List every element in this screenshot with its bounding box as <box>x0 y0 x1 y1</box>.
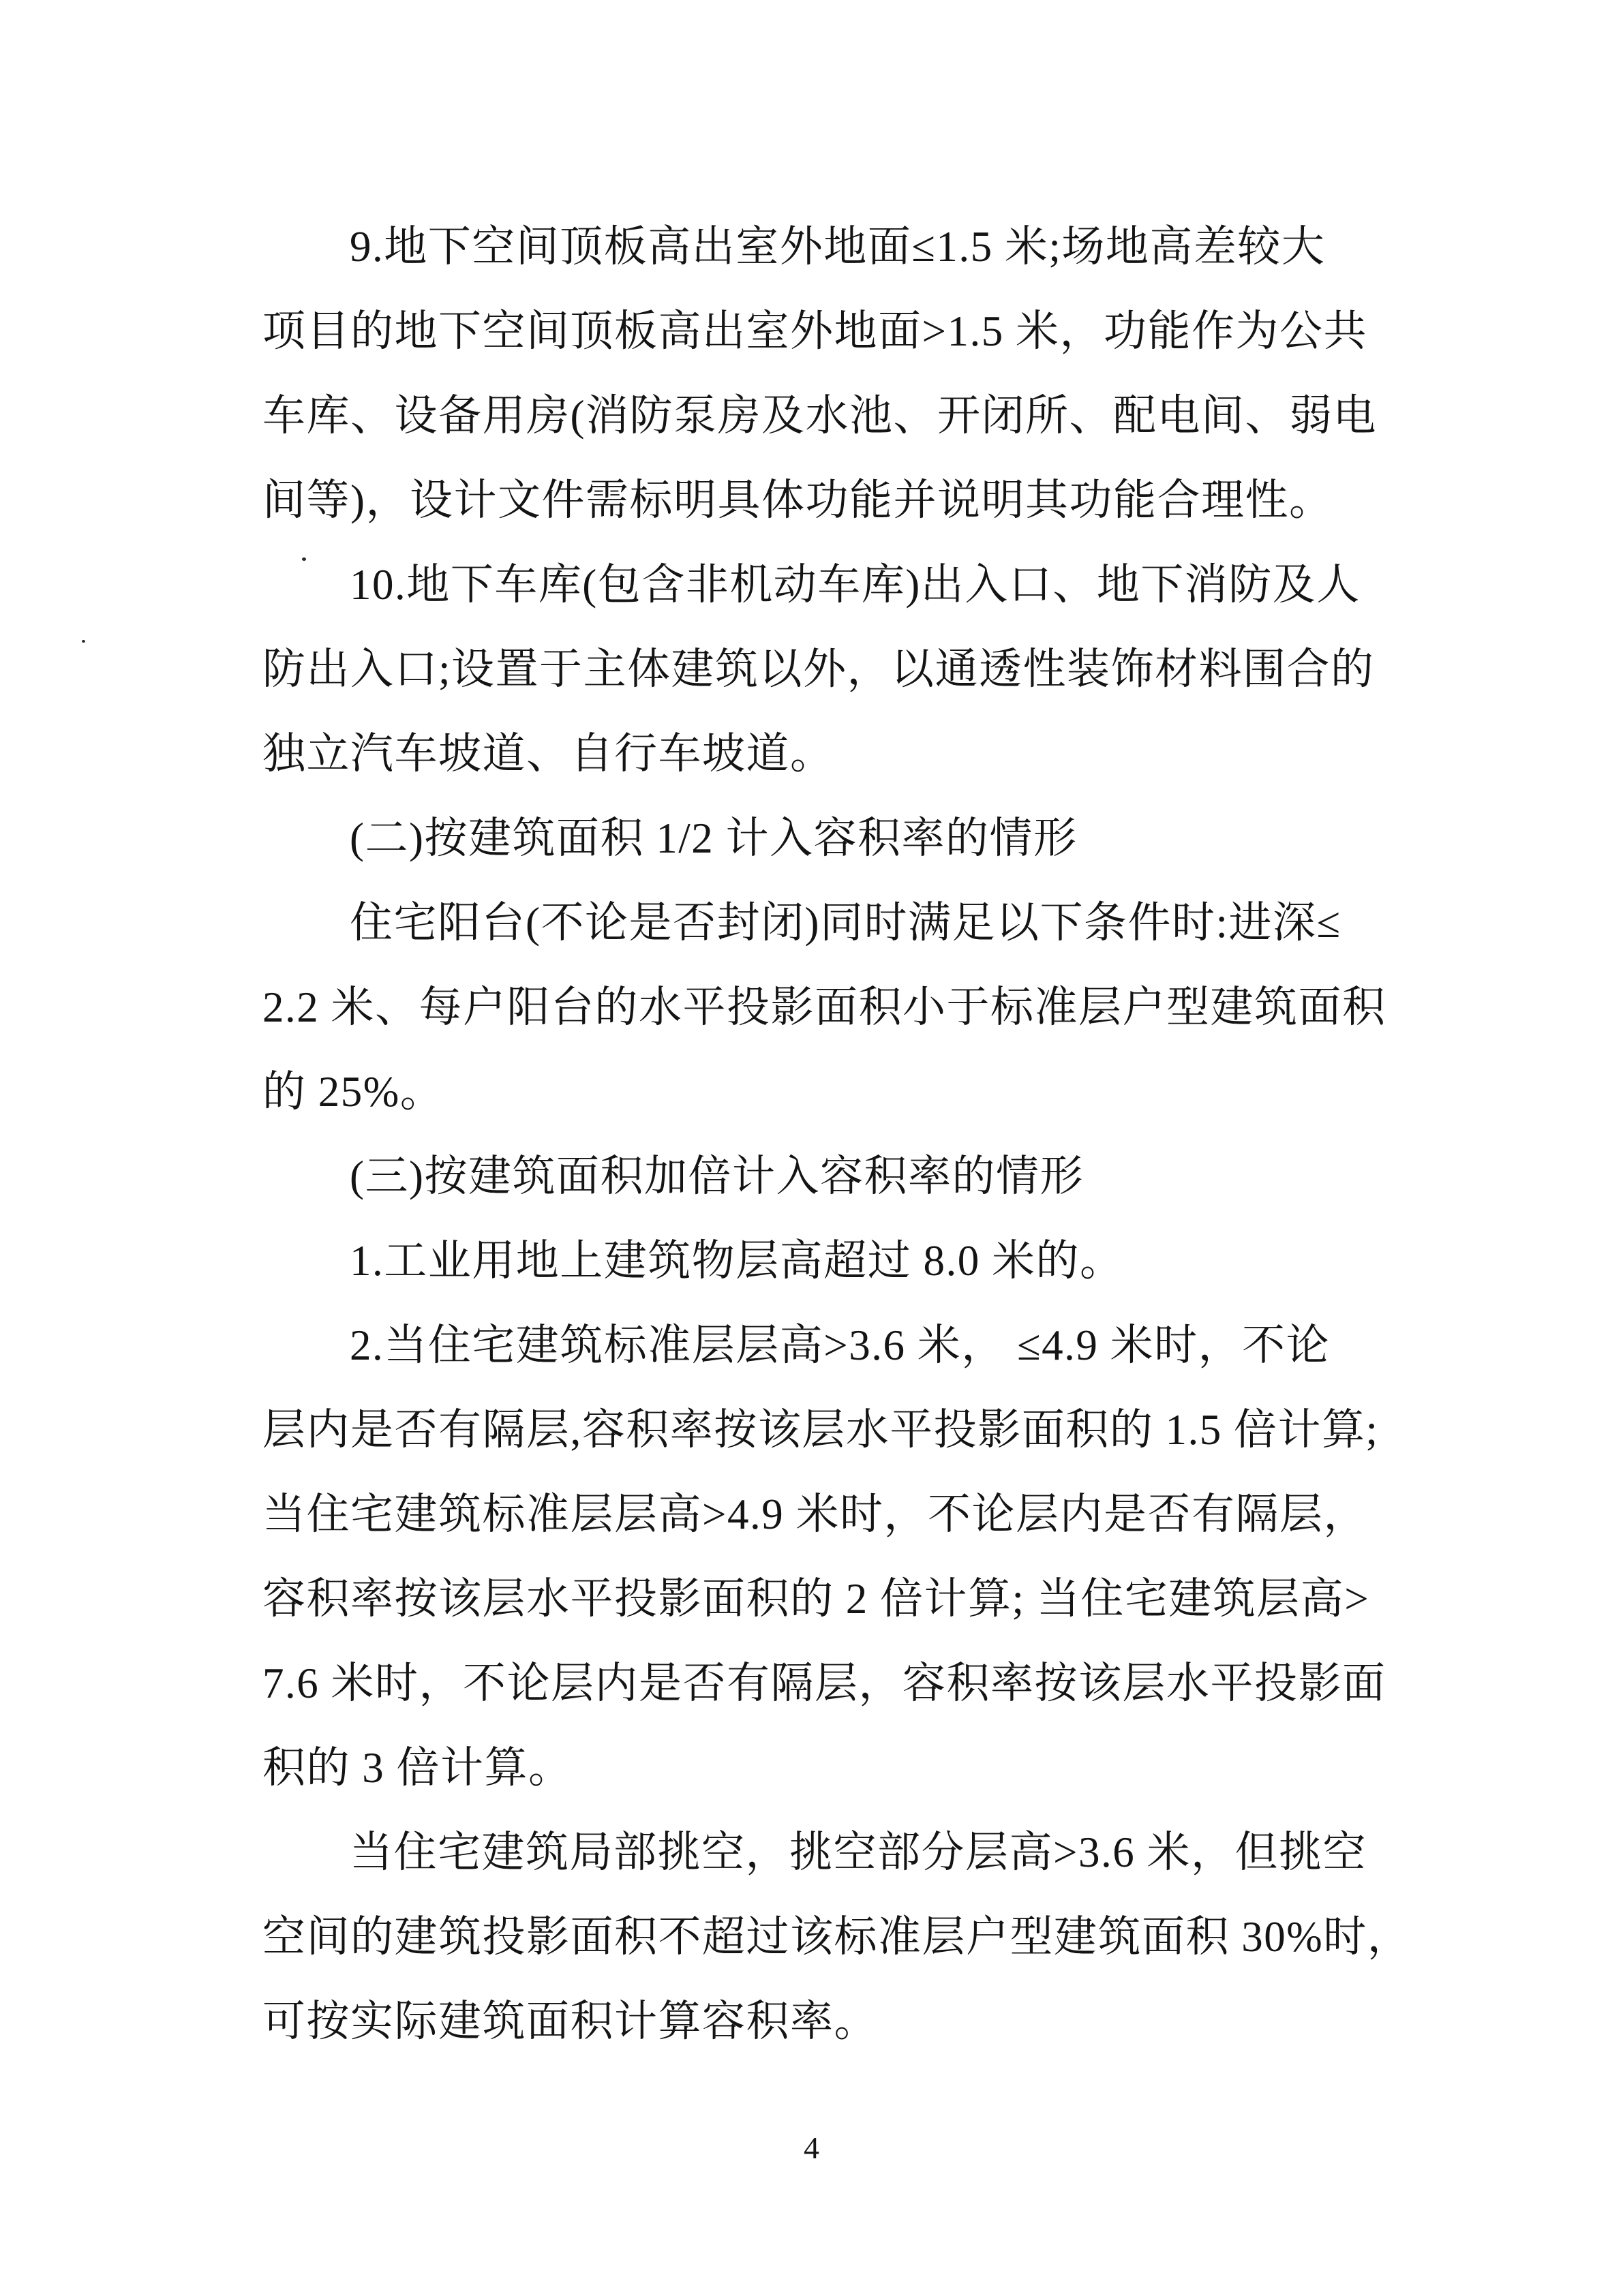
text-line: 可按实际建筑面积计算容积率。 <box>262 1979 1408 2064</box>
text-line: 7.6 米时，不论层内是否有隔层，容积率按该层水平投影面 <box>262 1641 1408 1726</box>
text-line: 2.2 米、每户阳台的水平投影面积小于标准层户型建筑面积 <box>262 965 1408 1050</box>
scan-speck <box>82 640 85 643</box>
text-line: 项目的地下空间顶板高出室外地面>1.5 米，功能作为公共 <box>262 289 1408 373</box>
text-line: 9.地下空间顶板高出室外地面≤1.5 米;场地高差较大 <box>262 204 1408 289</box>
text-line: 当住宅建筑标准层层高>4.9 米时，不论层内是否有隔层， <box>262 1472 1408 1557</box>
text-line: (二)按建筑面积 1/2 计入容积率的情形 <box>262 796 1408 881</box>
scan-speck <box>302 557 306 561</box>
page-number: 4 <box>0 2128 1623 2169</box>
text-line: 当住宅建筑局部挑空，挑空部分层高>3.6 米，但挑空 <box>262 1810 1408 1895</box>
text-line: 住宅阳台(不论是否封闭)同时满足以下条件时:进深≤ <box>262 881 1408 965</box>
document-body: 9.地下空间顶板高出室外地面≤1.5 米;场地高差较大项目的地下空间顶板高出室外… <box>262 204 1408 2064</box>
text-line: 独立汽车坡道、自行车坡道。 <box>262 711 1408 796</box>
text-line: 层内是否有隔层,容积率按该层水平投影面积的 1.5 倍计算; <box>262 1388 1408 1472</box>
text-line: 的 25%。 <box>262 1050 1408 1134</box>
text-line: 容积率按该层水平投影面积的 2 倍计算; 当住宅建筑层高> <box>262 1557 1408 1641</box>
text-line: 车库、设备用房(消防泵房及水池、开闭所、配电间、弱电 <box>262 373 1408 458</box>
text-line: 空间的建筑投影面积不超过该标准层户型建筑面积 30%时， <box>262 1895 1408 1979</box>
text-line: 2.当住宅建筑标准层层高>3.6 米， ≤4.9 米时，不论 <box>262 1303 1408 1388</box>
text-line: 10.地下车库(包含非机动车库)出入口、地下消防及人 <box>262 542 1408 627</box>
text-line: 积的 3 倍计算。 <box>262 1726 1408 1810</box>
text-line: 防出入口;设置于主体建筑以外，以通透性装饰材料围合的 <box>262 627 1408 711</box>
text-line: 间等)，设计文件需标明具体功能并说明其功能合理性。 <box>262 458 1408 542</box>
text-line: 1.工业用地上建筑物层高超过 8.0 米的。 <box>262 1219 1408 1303</box>
text-line: (三)按建筑面积加倍计入容积率的情形 <box>262 1134 1408 1219</box>
scanned-document-page: 9.地下空间顶板高出室外地面≤1.5 米;场地高差较大项目的地下空间顶板高出室外… <box>0 0 1623 2296</box>
